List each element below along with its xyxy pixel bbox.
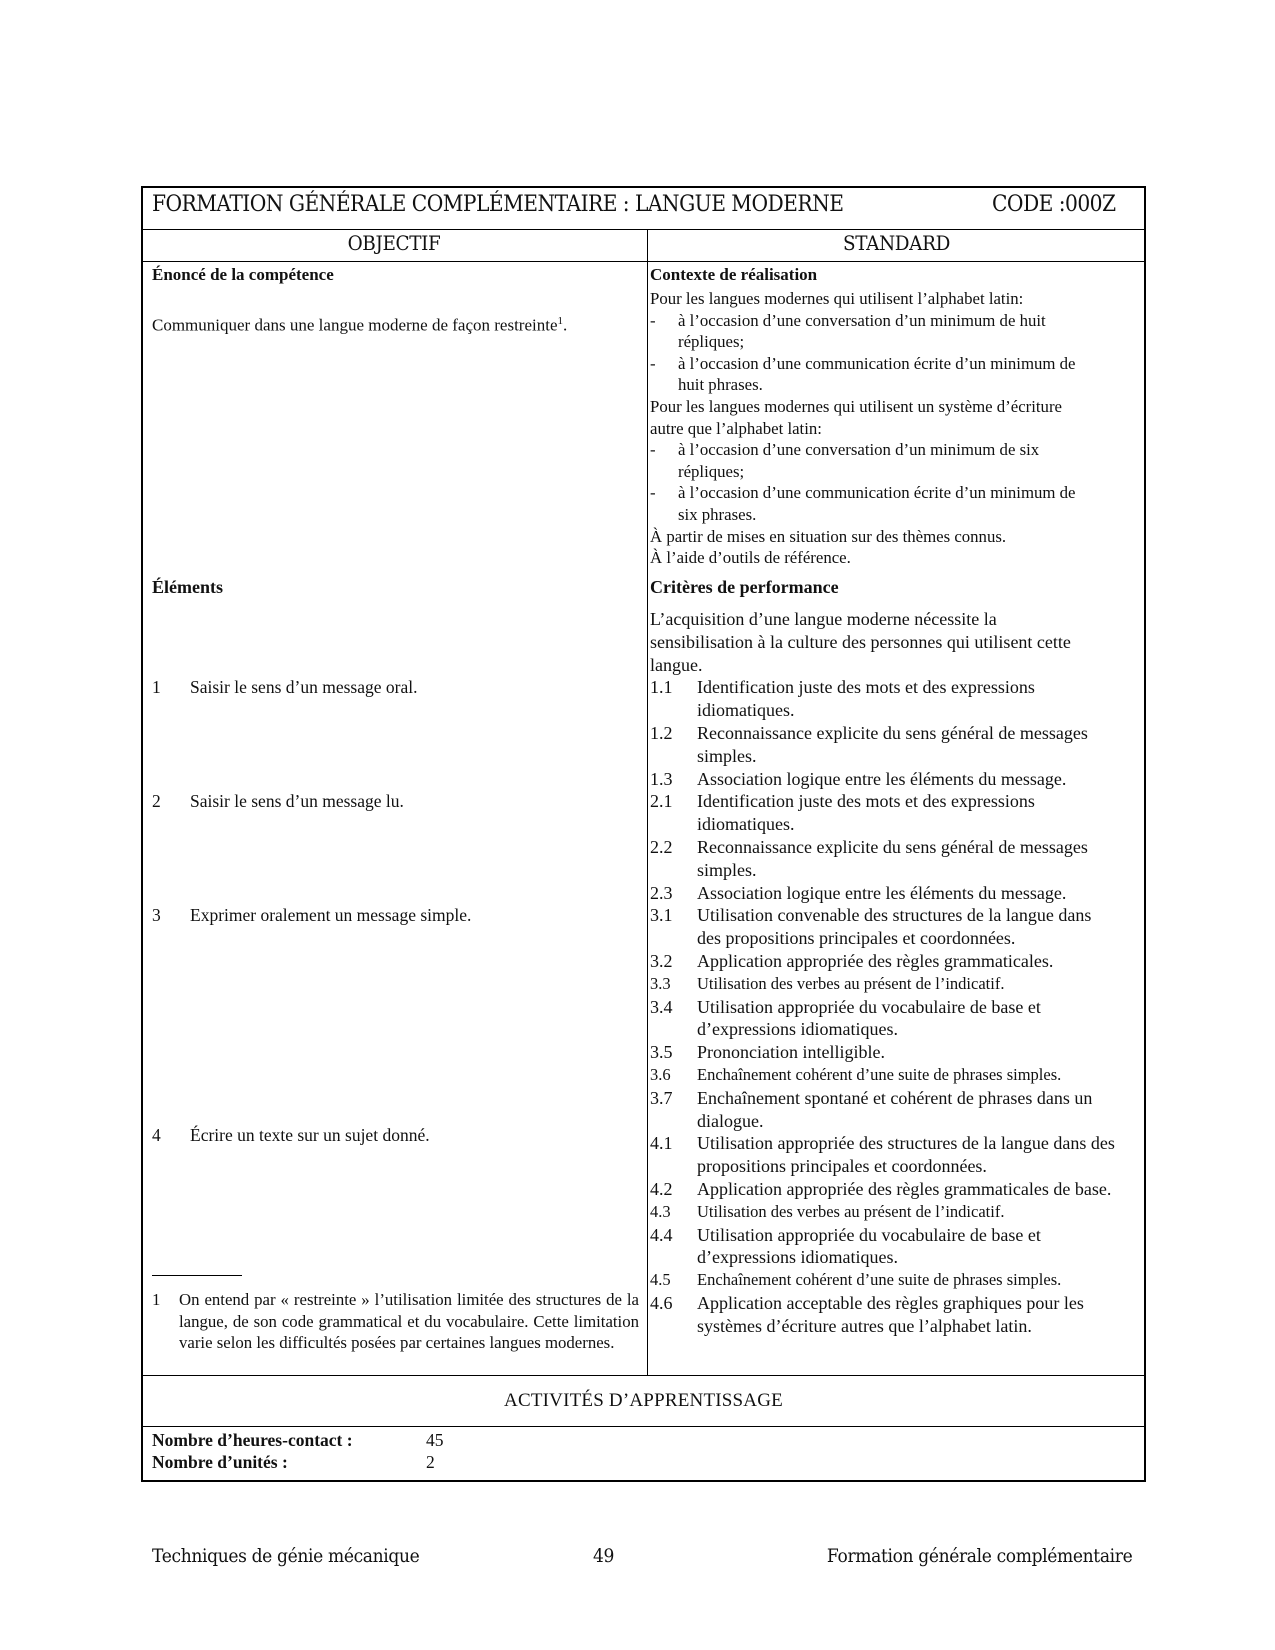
element-item: 2Saisir le sens d’un message lu. <box>152 791 404 812</box>
rule-activities-bottom <box>141 1426 1146 1427</box>
footnote: 1 On entend par « restreinte » l’utilisa… <box>152 1289 639 1354</box>
contexte-heading: Contexte de réalisation <box>650 264 817 286</box>
course-code: CODE :000Z <box>992 192 1116 217</box>
contexte-latin-intro: Pour les langues modernes qui utilisent … <box>650 288 1076 310</box>
critere-number: 1.3 <box>650 768 673 791</box>
footnote-number: 1 <box>152 1289 160 1311</box>
critere-item: 4.3Utilisation des verbes au présent de … <box>650 1201 1150 1224</box>
element-item: 4Écrire un texte sur un sujet donné. <box>152 1125 430 1146</box>
critere-text-line: Application appropriée des règles gramma… <box>697 1178 1150 1201</box>
table-title: FORMATION GÉNÉRALE COMPLÉMENTAIRE : LANG… <box>152 192 843 217</box>
critere-text-line: Identification juste des mots et des exp… <box>697 790 1150 813</box>
contexte-item: -à l’occasion d’une conversation d’un mi… <box>650 439 1076 482</box>
critere-item: 1.2Reconnaissance explicite du sens géné… <box>650 722 1150 768</box>
element-number: 2 <box>152 791 190 812</box>
element-text: Saisir le sens d’un message oral. <box>190 677 417 697</box>
footer-page-number: 49 <box>593 1545 614 1567</box>
contexte-realisation: Pour les langues modernes qui utilisent … <box>650 288 1076 569</box>
element-item: 3Exprimer oralement un message simple. <box>152 905 471 926</box>
critere-text-line: simples. <box>697 745 1150 768</box>
critere-item: 3.6Enchaînement cohérent d’une suite de … <box>650 1064 1150 1087</box>
units-label: Nombre d’unités : <box>152 1452 288 1473</box>
footnote-text: On entend par « restreinte » l’utilisati… <box>179 1289 639 1354</box>
critere-item: 3.4Utilisation appropriée du vocabulaire… <box>650 996 1150 1042</box>
footnote-separator <box>152 1275 242 1276</box>
critere-item: 3.2Application appropriée des règles gra… <box>650 950 1150 973</box>
critere-item: 4.4Utilisation appropriée du vocabulaire… <box>650 1224 1150 1270</box>
critere-text-line: Enchaînement spontané et cohérent de phr… <box>697 1087 1150 1110</box>
column-divider <box>647 229 648 1375</box>
critere-text-line: Enchaînement cohérent d’une suite de phr… <box>697 1269 1150 1292</box>
critere-text-line: Reconnaissance explicite du sens général… <box>697 836 1150 859</box>
element-number: 1 <box>152 677 190 698</box>
contexte-item-line: à l’occasion d’une conversation d’un min… <box>678 439 1076 461</box>
critere-item: 4.5Enchaînement cohérent d’une suite de … <box>650 1269 1150 1292</box>
critere-text-line: Utilisation convenable des structures de… <box>697 904 1150 927</box>
contexte-item-line: six phrases. <box>678 504 1076 526</box>
critere-text-line: Application acceptable des règles graphi… <box>697 1292 1150 1315</box>
critere-item: 2.2Reconnaissance explicite du sens géné… <box>650 836 1150 882</box>
critere-item: 1.3Association logique entre les élément… <box>650 768 1150 791</box>
critere-text-line: systèmes d’écriture autres que l’alphabe… <box>697 1315 1150 1338</box>
critere-text-line: Utilisation des verbes au présent de l’i… <box>697 1201 1150 1224</box>
contexte-closing: À l’aide d’outils de référence. <box>650 547 1076 569</box>
critere-number: 4.5 <box>650 1269 671 1292</box>
critere-item: 4.6Application acceptable des règles gra… <box>650 1292 1150 1338</box>
critere-number: 3.5 <box>650 1041 673 1064</box>
hours-label: Nombre d’heures-contact : <box>152 1430 353 1451</box>
rule-activities-top <box>141 1375 1146 1376</box>
critere-item: 4.1Utilisation appropriée des structures… <box>650 1132 1150 1178</box>
contexte-item-line: répliques; <box>678 331 1076 353</box>
competence-statement: Communiquer dans une langue moderne de f… <box>152 311 567 336</box>
rule-title <box>141 229 1146 230</box>
element-text: Saisir le sens d’un message lu. <box>190 791 404 811</box>
competence-end: . <box>563 316 567 335</box>
critere-text-line: dialogue. <box>697 1110 1150 1133</box>
critere-item: 3.1Utilisation convenable des structures… <box>650 904 1150 950</box>
critere-number: 3.6 <box>650 1064 671 1087</box>
critere-text-line: Utilisation des verbes au présent de l’i… <box>697 973 1150 996</box>
contexte-item: -à l’occasion d’une communication écrite… <box>650 482 1076 525</box>
critere-text-line: idiomatiques. <box>697 813 1150 836</box>
critere-number: 4.4 <box>650 1224 673 1247</box>
column-header-standard: STANDARD <box>667 231 1126 255</box>
criteres-performance: L’acquisition d’une langue moderne néces… <box>650 608 1150 1338</box>
competence-heading: Énoncé de la compétence <box>152 264 334 286</box>
critere-number: 4.3 <box>650 1201 671 1224</box>
critere-number: 4.6 <box>650 1292 673 1315</box>
critere-item: 2.3Association logique entre les élément… <box>650 882 1150 905</box>
critere-number: 3.4 <box>650 996 673 1019</box>
critere-number: 3.1 <box>650 904 673 927</box>
criteres-intro: sensibilisation à la culture des personn… <box>650 631 1150 654</box>
dash-bullet: - <box>650 482 656 504</box>
critere-number: 3.2 <box>650 950 673 973</box>
element-text: Exprimer oralement un message simple. <box>190 905 471 925</box>
contexte-other-intro: Pour les langues modernes qui utilisent … <box>650 396 1076 418</box>
contexte-item: -à l’occasion d’une conversation d’un mi… <box>650 310 1076 353</box>
column-header-objectif: OBJECTIF <box>161 231 627 255</box>
element-text: Écrire un texte sur un sujet donné. <box>190 1125 430 1145</box>
critere-number: 2.1 <box>650 790 673 813</box>
element-number: 4 <box>152 1125 190 1146</box>
activites-heading: ACTIVITÉS D’APPRENTISSAGE <box>141 1390 1146 1412</box>
critere-text-line: Utilisation appropriée du vocabulaire de… <box>697 1224 1150 1247</box>
critere-number: 1.1 <box>650 676 673 699</box>
criteres-intro: L’acquisition d’une langue moderne néces… <box>650 608 1150 631</box>
contexte-item-line: huit phrases. <box>678 374 1076 396</box>
critere-number: 4.2 <box>650 1178 673 1201</box>
footer-program: Techniques de génie mécanique <box>152 1545 419 1567</box>
competence-text: Communiquer dans une langue moderne de f… <box>152 316 558 335</box>
hours-value: 45 <box>426 1430 444 1451</box>
critere-text-line: d’expressions idiomatiques. <box>697 1246 1150 1269</box>
critere-text-line: Association logique entre les éléments d… <box>697 768 1150 791</box>
criteres-list: 1.1Identification juste des mots et des … <box>650 676 1150 1337</box>
critere-item: 2.1Identification juste des mots et des … <box>650 790 1150 836</box>
critere-text-line: Identification juste des mots et des exp… <box>697 676 1150 699</box>
footer-section: Formation générale complémentaire <box>827 1545 1132 1567</box>
dash-bullet: - <box>650 310 656 332</box>
critere-text-line: Prononciation intelligible. <box>697 1041 1150 1064</box>
element-number: 3 <box>152 905 190 926</box>
critere-text-line: Utilisation appropriée du vocabulaire de… <box>697 996 1150 1019</box>
critere-text-line: Application appropriée des règles gramma… <box>697 950 1150 973</box>
critere-item: 3.3Utilisation des verbes au présent de … <box>650 973 1150 996</box>
critere-text-line: simples. <box>697 859 1150 882</box>
criteres-intro: langue. <box>650 654 1150 677</box>
critere-number: 2.2 <box>650 836 673 859</box>
contexte-item: -à l’occasion d’une communication écrite… <box>650 353 1076 396</box>
contexte-item-line: à l’occasion d’une communication écrite … <box>678 353 1076 375</box>
critere-number: 4.1 <box>650 1132 673 1155</box>
element-item: 1Saisir le sens d’un message oral. <box>152 677 417 698</box>
critere-item: 3.7Enchaînement spontané et cohérent de … <box>650 1087 1150 1133</box>
critere-text-line: Utilisation appropriée des structures de… <box>697 1132 1150 1155</box>
critere-item: 1.1Identification juste des mots et des … <box>650 676 1150 722</box>
contexte-item-line: à l’occasion d’une conversation d’un min… <box>678 310 1076 332</box>
units-value: 2 <box>426 1452 435 1473</box>
critere-text-line: Reconnaissance explicite du sens général… <box>697 722 1150 745</box>
elements-heading: Éléments <box>152 576 223 599</box>
critere-item: 3.5Prononciation intelligible. <box>650 1041 1150 1064</box>
contexte-other-intro: autre que l’alphabet latin: <box>650 418 1076 440</box>
criteres-heading: Critères de performance <box>650 576 839 599</box>
critere-text-line: des propositions principales et coordonn… <box>697 927 1150 950</box>
critere-number: 3.3 <box>650 973 671 996</box>
critere-text-line: Enchaînement cohérent d’une suite de phr… <box>697 1064 1150 1087</box>
critere-text-line: propositions principales et coordonnées. <box>697 1155 1150 1178</box>
critere-text-line: Association logique entre les éléments d… <box>697 882 1150 905</box>
contexte-item-line: répliques; <box>678 461 1076 483</box>
dash-bullet: - <box>650 439 656 461</box>
critere-text-line: d’expressions idiomatiques. <box>697 1018 1150 1041</box>
dash-bullet: - <box>650 353 656 375</box>
rule-colheads <box>141 261 1146 262</box>
contexte-closing: À partir de mises en situation sur des t… <box>650 526 1076 548</box>
critere-number: 2.3 <box>650 882 673 905</box>
critere-number: 3.7 <box>650 1087 673 1110</box>
contexte-item-line: à l’occasion d’une communication écrite … <box>678 482 1076 504</box>
critere-text-line: idiomatiques. <box>697 699 1150 722</box>
critere-number: 1.2 <box>650 722 673 745</box>
critere-item: 4.2Application appropriée des règles gra… <box>650 1178 1150 1201</box>
